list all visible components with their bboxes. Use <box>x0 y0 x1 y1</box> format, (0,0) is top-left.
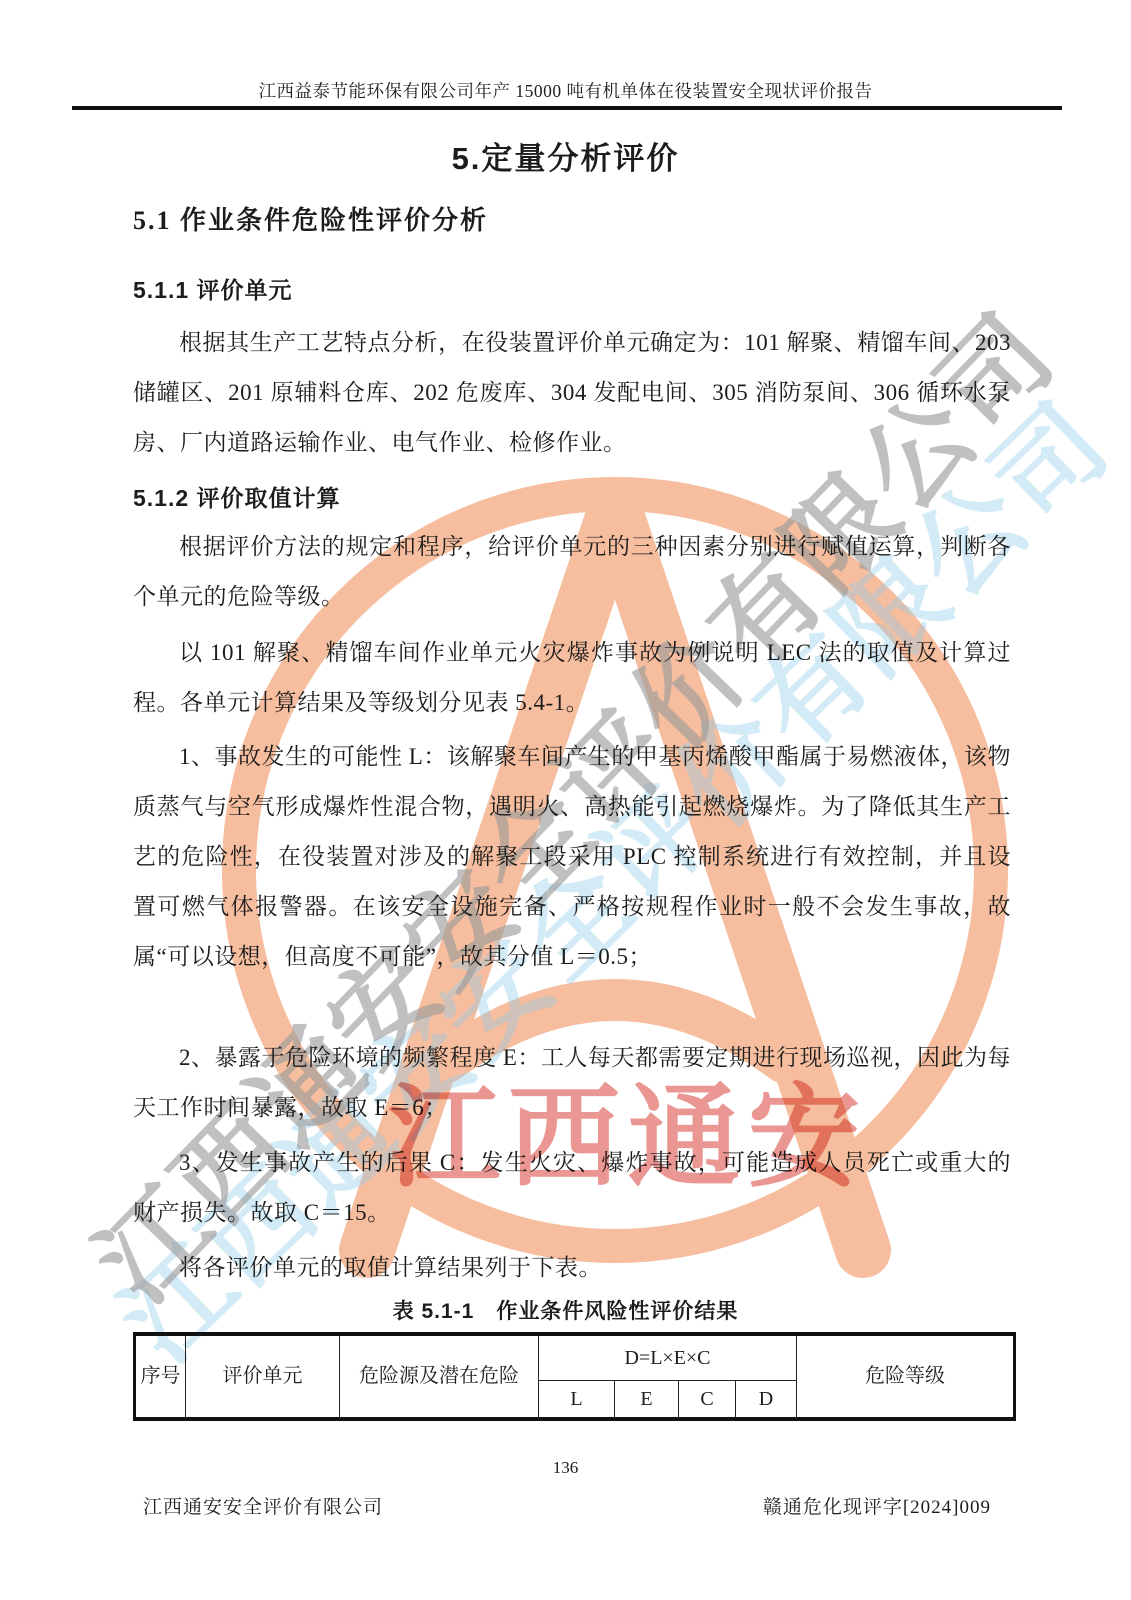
table-header-level: 危险等级 <box>797 1334 1015 1419</box>
paragraph-factor-c: 3、发生事故产生的后果 C：发生火灾、爆炸事故，可能造成人员死亡或重大的财产损失… <box>133 1138 1011 1238</box>
paragraph-factor-e: 2、暴露于危险环境的频繁程度 E：工人每天都需要定期进行现场巡视，因此为每天工作… <box>133 1033 1011 1133</box>
page-number: 136 <box>0 1458 1131 1478</box>
table-subheader-c: C <box>679 1381 736 1420</box>
running-header: 江西益泰节能环保有限公司年产 15000 吨有机单体在役装置安全现状评价报告 <box>0 78 1131 103</box>
table-subheader-l: L <box>539 1381 615 1420</box>
section-heading-5-1: 5.1 作业条件危险性评价分析 <box>133 200 1033 237</box>
paragraph-evaluation-units: 根据其生产工艺特点分析，在役装置评价单元确定为：101 解聚、精馏车间、203 … <box>133 318 1011 468</box>
chapter-title: 5.定量分析评价 <box>0 133 1131 178</box>
document-page: 江西通安安全评价有限公司 江西通安安全评价有限公司 江西通安 江西益泰节能环保有… <box>0 0 1131 1600</box>
footer-doc-number: 赣通危化现评字[2024]009 <box>763 1492 991 1519</box>
table-header-unit: 评价单元 <box>186 1334 340 1419</box>
table-subheader-e: E <box>615 1381 679 1420</box>
table-subheader-d: D <box>736 1381 797 1420</box>
table-header-hazard: 危险源及潜在危险 <box>340 1334 539 1419</box>
risk-evaluation-table: 序号 评价单元 危险源及潜在危险 D=L×E×C 危险等级 L E C D <box>133 1332 1016 1421</box>
paragraph-factor-l: 1、事故发生的可能性 L：该解聚车间产生的甲基丙烯酸甲酯属于易燃液体，该物质蒸气… <box>133 732 1011 982</box>
paragraph-method: 根据评价方法的规定和程序，给评价单元的三种因素分别进行赋值运算，判断各个单元的危… <box>133 522 1011 622</box>
section-heading-5-1-1: 5.1.1 评价单元 <box>133 272 1033 305</box>
paragraph-table-intro: 将各评价单元的取值计算结果列于下表。 <box>133 1243 1011 1293</box>
footer-company: 江西通安安全评价有限公司 <box>143 1492 383 1519</box>
table-caption: 表 5.1-1 作业条件风险性评价结果 <box>0 1295 1131 1325</box>
section-heading-5-1-2: 5.1.2 评价取值计算 <box>133 480 1033 513</box>
table-header-seq: 序号 <box>135 1334 186 1419</box>
table-header-formula: D=L×E×C <box>539 1334 797 1381</box>
header-rule <box>72 106 1062 110</box>
paragraph-lec-example: 以 101 解聚、精馏车间作业单元火灾爆炸事故为例说明 LEC 法的取值及计算过… <box>133 628 1011 728</box>
